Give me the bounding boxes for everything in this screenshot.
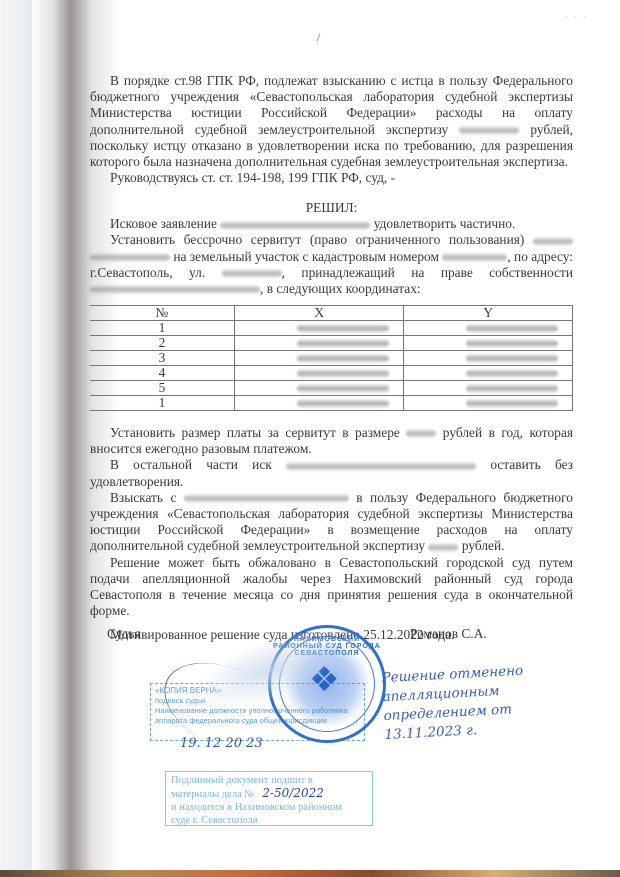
redacted-y <box>404 396 573 411</box>
redaction <box>459 126 519 135</box>
paragraph-recover: Взыскать с в пользу Федерального бюджетн… <box>90 490 573 555</box>
redaction <box>90 253 170 262</box>
redacted-y <box>404 366 573 381</box>
paragraph-fee: Установить размер платы за сервитут в ра… <box>90 425 573 457</box>
table-row: 5 <box>90 381 573 396</box>
scan-left-edge <box>0 0 32 870</box>
redaction <box>222 269 282 278</box>
redaction <box>286 462 476 471</box>
redaction <box>90 285 260 294</box>
redaction <box>428 543 458 552</box>
decision-section: РЕШИЛ: Исковое заявление удовлетворить ч… <box>90 200 573 297</box>
table-row: 4 <box>90 366 573 381</box>
paragraph-guided-by: Руководствуясь ст. ст. 194-198, 199 ГПК … <box>90 170 573 186</box>
table-row: 3 <box>90 351 573 366</box>
redaction <box>184 494 349 503</box>
redaction <box>533 237 573 246</box>
paragraph-costs: В порядке ст.98 ГПК РФ, подлежат взыскан… <box>90 73 573 170</box>
paragraph-remaining: В остальной части иск оставить без удовл… <box>90 457 573 489</box>
redacted-x <box>234 336 404 351</box>
redacted-x <box>234 381 404 396</box>
original-document-stamp: Подлинный документ подшит в материалы де… <box>165 771 373 826</box>
redaction <box>442 253 507 262</box>
redaction <box>406 429 436 438</box>
case-number: 2-50/2022 <box>262 786 324 800</box>
corner-mark: · · · <box>565 12 589 22</box>
table-row: 1 <box>90 321 573 336</box>
redacted-x <box>234 351 404 366</box>
table-row: 2 <box>90 336 573 351</box>
redacted-y <box>404 336 573 351</box>
coordinates-table: № X Y 1 2 3 4 5 <box>90 305 573 411</box>
paragraph-claim: Исковое заявление удовлетворить частично… <box>90 216 573 232</box>
judge-name: Романов С.А. <box>410 626 487 642</box>
redacted-x <box>234 321 404 336</box>
scan-bottom-edge <box>0 870 620 877</box>
table-header-row: № X Y <box>90 306 573 321</box>
redaction <box>220 221 370 230</box>
column-header-number: № <box>90 306 234 321</box>
judge-label: Судья <box>107 626 141 642</box>
handwritten-annotation: Решение отменено апелляционным определен… <box>381 659 580 745</box>
redacted-y <box>404 351 573 366</box>
paragraph-servitude: Установить бессрочно сервитут (право огр… <box>90 232 573 297</box>
redacted-y <box>404 321 573 336</box>
document-body-top: В порядке ст.98 ГПК РФ, подлежат взыскан… <box>90 73 573 186</box>
paragraph-appeal: Решение может быть обжаловано в Севастоп… <box>90 555 573 620</box>
column-header-y: Y <box>404 306 573 321</box>
column-header-x: X <box>234 306 404 321</box>
decision-heading: РЕШИЛ: <box>90 200 573 216</box>
redacted-y <box>404 381 573 396</box>
document-body-bottom: Установить размер платы за сервитут в ра… <box>90 425 573 644</box>
table-row: 1 <box>90 396 573 411</box>
redacted-x <box>234 396 404 411</box>
redacted-x <box>234 366 404 381</box>
page-mark: / <box>317 30 320 45</box>
